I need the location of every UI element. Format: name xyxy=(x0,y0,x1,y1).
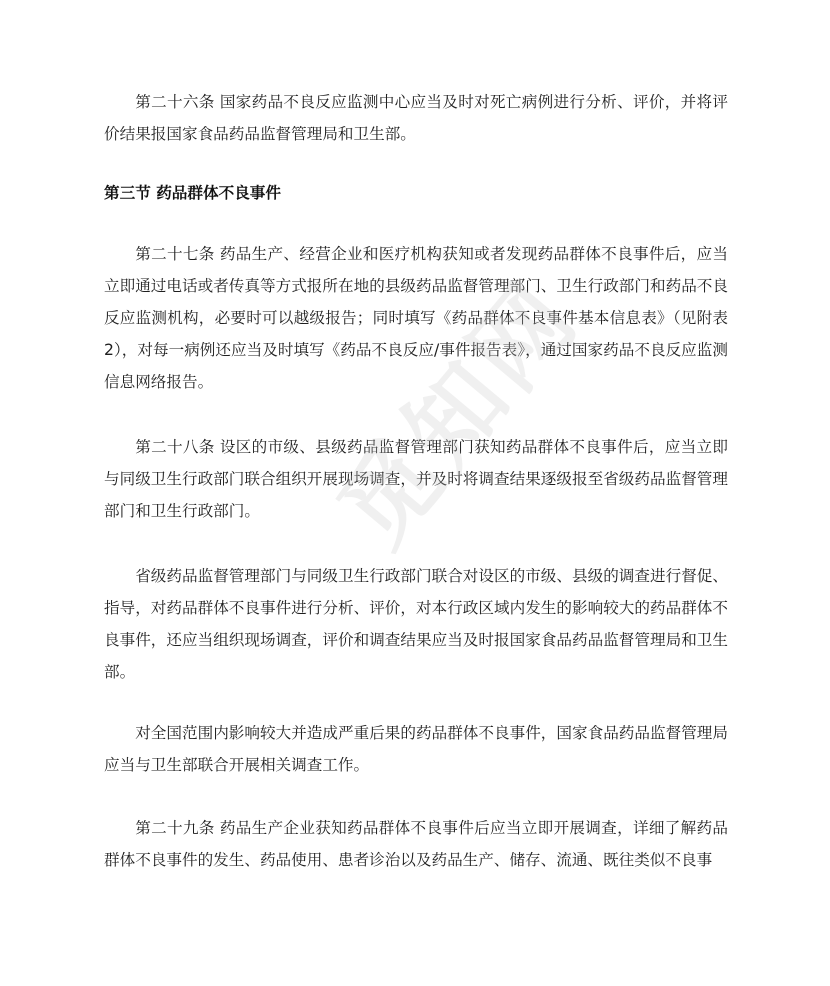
article-27-paragraph: 第二十七条 药品生产、经营企业和医疗机构获知或者发现药品群体不良事件后，应当立即… xyxy=(104,238,728,398)
article-28-paragraph: 第二十八条 设区的市级、县级药品监督管理部门获知药品群体不良事件后，应当立即与同… xyxy=(104,431,728,527)
article-29-paragraph: 第二十九条 药品生产企业获知药品群体不良事件后应当立即开展调查，详细了解药品群体… xyxy=(104,812,728,876)
article-28-provincial-paragraph: 省级药品监督管理部门与同级卫生行政部门联合对设区的市级、县级的调查进行督促、指导… xyxy=(104,560,728,688)
article-26-paragraph: 第二十六条 国家药品不良反应监测中心应当及时对死亡病例进行分析、评价，并将评价结… xyxy=(104,86,728,150)
article-28-national-paragraph: 对全国范围内影响较大并造成严重后果的药品群体不良事件，国家食品药品监督管理局应当… xyxy=(104,717,728,781)
section-heading: 第三节 药品群体不良事件 xyxy=(104,177,728,209)
